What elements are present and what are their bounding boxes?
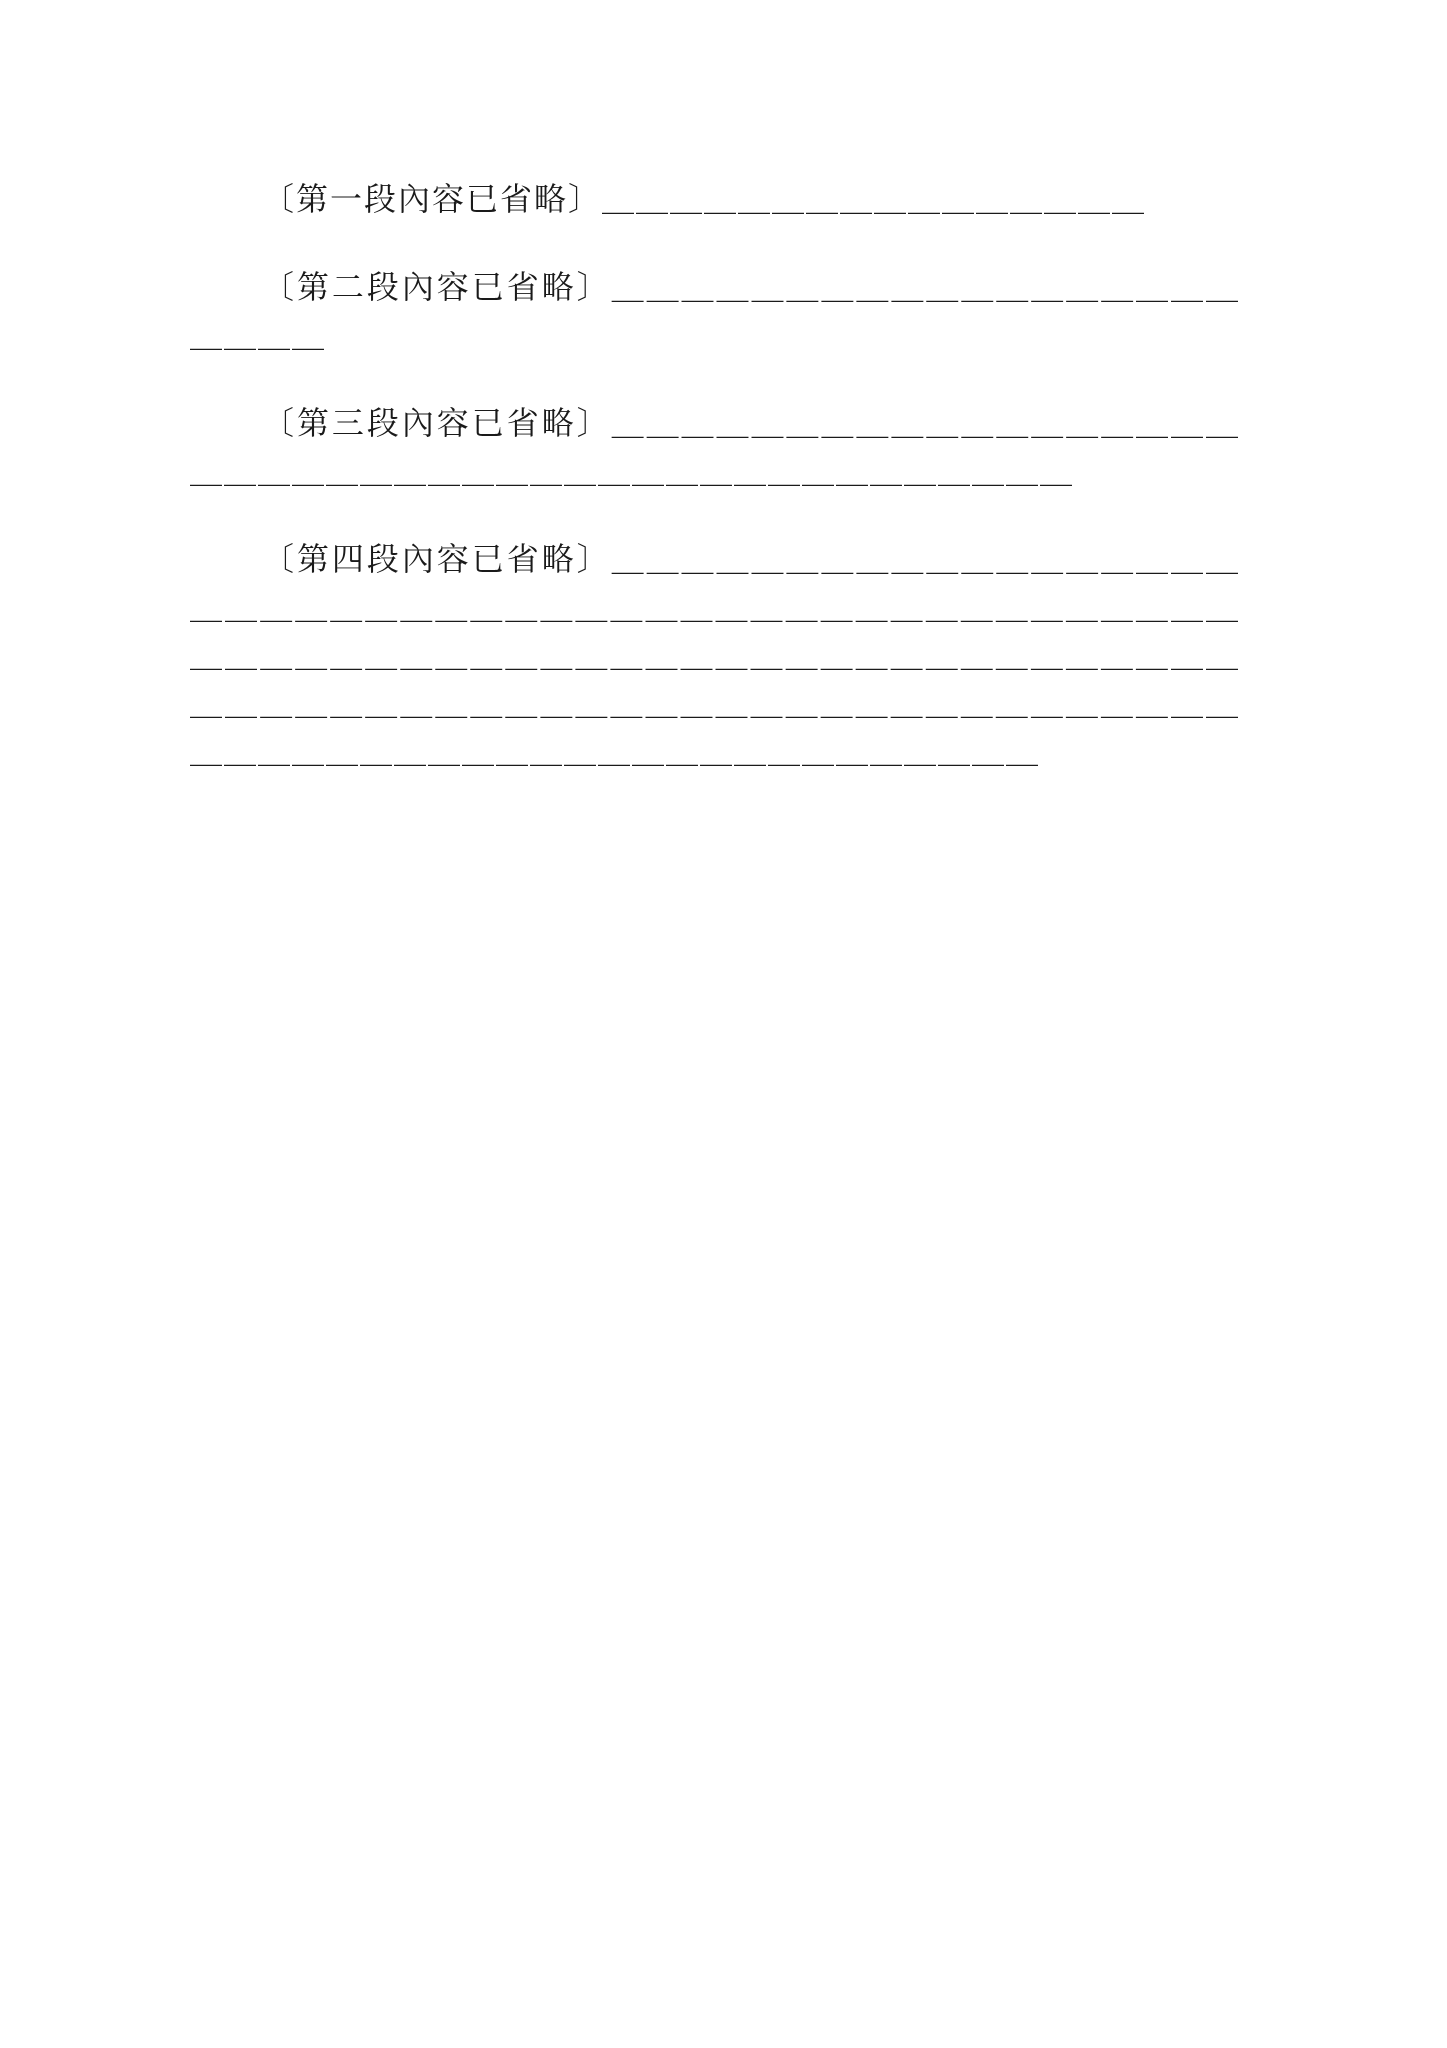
- paragraph-1: 〔第一段內容已省略〕＿＿＿＿＿＿＿＿＿＿＿＿＿＿＿＿: [190, 175, 1240, 223]
- paragraph-3: 〔第三段內容已省略〕＿＿＿＿＿＿＿＿＿＿＿＿＿＿＿＿＿＿＿＿＿＿＿＿＿＿＿＿＿＿…: [190, 399, 1240, 495]
- document-page: 〔第一段內容已省略〕＿＿＿＿＿＿＿＿＿＿＿＿＿＿＿＿ 〔第二段內容已省略〕＿＿＿…: [190, 175, 1240, 815]
- paragraph-2: 〔第二段內容已省略〕＿＿＿＿＿＿＿＿＿＿＿＿＿＿＿＿＿＿＿＿＿＿: [190, 263, 1240, 359]
- paragraph-4: 〔第四段內容已省略〕＿＿＿＿＿＿＿＿＿＿＿＿＿＿＿＿＿＿＿＿＿＿＿＿＿＿＿＿＿＿…: [190, 535, 1240, 775]
